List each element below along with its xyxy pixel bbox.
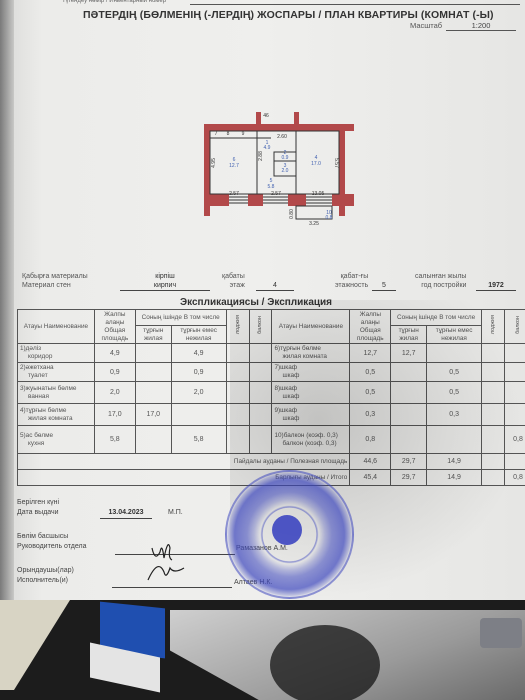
- cell-loggia: [226, 344, 249, 363]
- cell-nonliving: 5,8: [171, 426, 226, 454]
- svg-text:7: 7: [215, 131, 218, 137]
- summary-total: 44,6: [350, 454, 391, 470]
- cell-balcony: [504, 382, 525, 404]
- floors-count-label: қабат-ғыэтажность: [335, 272, 368, 290]
- svg-text:0.9: 0.9: [282, 155, 289, 161]
- table-row: 4)тұрғын бөлмежилая комната17,017,09)шка…: [18, 404, 525, 426]
- explication-table: Атауы Наименование Жалпы алаңы Общая пло…: [17, 309, 525, 486]
- cell-loggia: [482, 426, 505, 454]
- svg-text:5.57: 5.57: [333, 158, 339, 168]
- room-name: 2)әжетханатуалет: [18, 363, 95, 382]
- issue-date-value: 13.04.2023: [100, 508, 152, 519]
- room-name: 6)тұрғын бөлмежилая комната: [272, 344, 350, 363]
- cell-balcony: [249, 363, 272, 382]
- header-nonliving-2: тұрғын емес нежилая: [427, 326, 482, 344]
- cell-living: [135, 363, 171, 382]
- summary-loggia: [482, 454, 505, 470]
- cell-loggia: [482, 404, 505, 426]
- svg-text:2.88: 2.88: [258, 151, 264, 161]
- cell-total: 2,0: [94, 382, 135, 404]
- room-name: 3)жуынатын бөлмеванная: [18, 382, 95, 404]
- cell-nonliving: 2,0: [171, 382, 226, 404]
- cell-living: [135, 426, 171, 454]
- summary-nonliving: 14,9: [427, 454, 482, 470]
- build-year-value: 1972: [476, 281, 516, 291]
- cell-nonliving: 0,9: [171, 363, 226, 382]
- cell-total: 12,7: [350, 344, 391, 363]
- cell-total: 0,5: [350, 363, 391, 382]
- cell-living: [391, 382, 427, 404]
- svg-text:17.0: 17.0: [311, 161, 321, 167]
- cell-balcony: 0,8: [504, 426, 525, 454]
- executor-label: Орындаушы(лар)Исполнитель(и): [17, 566, 74, 586]
- grey-tab: [480, 618, 522, 648]
- floor-plan-drawing: 46 2.60 4.95 2.88 5.57 2.57 2.57 13.05 0…: [196, 108, 356, 233]
- wall-material-value: кірпіш кирпич: [120, 272, 210, 291]
- summary-label: Пайдалы ауданы / Полезная площадь: [18, 454, 350, 470]
- summary-total: 45,4: [350, 470, 391, 486]
- header-balcony: балкон: [249, 310, 272, 344]
- build-year-label: салынған жылыгод постройки: [415, 272, 466, 290]
- wall-material-label: Қабырға материалыМатериал стен: [22, 272, 88, 290]
- cell-total: 0,5: [350, 382, 391, 404]
- inventory-number-label: Түгендеу нөмір / Инвентарный номер: [62, 0, 166, 4]
- svg-text:0.8: 0.8: [326, 215, 333, 221]
- svg-text:2.57: 2.57: [271, 191, 281, 197]
- cell-balcony: [249, 382, 272, 404]
- header-incl-2: Соның ішінде В том числе: [391, 310, 482, 326]
- svg-text:46: 46: [263, 113, 269, 119]
- room-name: 9)шкафшкаф: [272, 404, 350, 426]
- cell-living: [135, 344, 171, 363]
- room-name: 1)дәлізкоридор: [18, 344, 95, 363]
- cell-total: 0,8: [350, 426, 391, 454]
- cell-balcony: [504, 404, 525, 426]
- svg-text:2.0: 2.0: [282, 168, 289, 174]
- floor-label: қабатыэтаж: [222, 272, 245, 290]
- cell-nonliving: 0,5: [427, 363, 482, 382]
- explication-title: Экспликациясы / Экспликация: [180, 297, 332, 308]
- scale-value: 1:200: [446, 21, 516, 31]
- cell-balcony: [249, 426, 272, 454]
- cell-total: 4,9: [94, 344, 135, 363]
- inventory-number-line: [190, 4, 520, 5]
- head-label: Бөлім басшысыРуководитель отдела: [17, 532, 86, 552]
- header-living: тұрғын жилая: [135, 326, 171, 344]
- cell-balcony: [249, 344, 272, 363]
- sheet-edge-shadow: [0, 0, 14, 600]
- cell-loggia: [226, 382, 249, 404]
- svg-text:13.05: 13.05: [312, 191, 325, 197]
- cell-balcony: [504, 344, 525, 363]
- cell-loggia: [226, 363, 249, 382]
- cell-nonliving: 0,5: [427, 382, 482, 404]
- cell-nonliving: [171, 404, 226, 426]
- cell-total: 0,3: [350, 404, 391, 426]
- cell-balcony: [504, 363, 525, 382]
- svg-text:2.57: 2.57: [229, 191, 239, 197]
- cell-loggia: [482, 363, 505, 382]
- issue-date-label: Берілген күніДата выдачи: [17, 498, 59, 518]
- cell-total: 17,0: [94, 404, 135, 426]
- room-name: 4)тұрғын бөлмежилая комната: [18, 404, 95, 426]
- cell-nonliving: 0,3: [427, 404, 482, 426]
- svg-text:5.8: 5.8: [268, 184, 275, 190]
- cell-balcony: [249, 404, 272, 426]
- header-incl: Соның ішінде В том числе: [135, 310, 226, 326]
- cell-loggia: [226, 426, 249, 454]
- svg-text:9: 9: [242, 131, 245, 137]
- summary-row: Пайдалы ауданы / Полезная площадь44,629,…: [18, 454, 525, 470]
- cell-loggia: [226, 404, 249, 426]
- room-name: 5)ас бөлмекухня: [18, 426, 95, 454]
- floors-count-value: 5: [372, 281, 396, 291]
- scale-label: Масштаб: [410, 21, 442, 30]
- summary-nonliving: 14,9: [427, 470, 482, 486]
- svg-text:4.95: 4.95: [211, 158, 217, 168]
- header-name: Атауы Наименование: [18, 310, 95, 344]
- hand-shadow: [270, 625, 380, 700]
- cell-living: 17,0: [135, 404, 171, 426]
- cell-living: [391, 426, 427, 454]
- cell-loggia: [482, 344, 505, 363]
- cell-nonliving: [427, 426, 482, 454]
- cell-living: [391, 363, 427, 382]
- floor-plan: 46 2.60 4.95 2.88 5.57 2.57 2.57 13.05 0…: [196, 108, 356, 233]
- room-name: 10)балкон (коэф. 0,3)балкон (коэф. 0,3): [272, 426, 350, 454]
- cell-living: [391, 404, 427, 426]
- header-balcony-2: балкон: [504, 310, 525, 344]
- table-row: 3)жуынатын бөлмеванная2,02,08)шкафшкаф0,…: [18, 382, 525, 404]
- cell-nonliving: [427, 344, 482, 363]
- svg-text:4.9: 4.9: [264, 145, 271, 151]
- svg-text:2.60: 2.60: [277, 134, 287, 140]
- cell-living: [135, 382, 171, 404]
- document-sheet: Түгендеу нөмір / Инвентарный номер ПӘТЕР…: [0, 0, 525, 600]
- floor-value: 4: [256, 281, 294, 291]
- table-row: 1)дәлізкоридор4,94,96)тұрғын бөлмежилая …: [18, 344, 525, 363]
- room-name: 8)шкафшкаф: [272, 382, 350, 404]
- header-living-2: тұрғын жилая: [391, 326, 427, 344]
- summary-living: 29,7: [391, 470, 427, 486]
- table-row: 5)ас бөлмекухня5,85,810)балкон (коэф. 0,…: [18, 426, 525, 454]
- cell-living: 12,7: [391, 344, 427, 363]
- svg-text:0.80: 0.80: [289, 209, 295, 219]
- svg-text:8: 8: [227, 131, 230, 137]
- seal-place: М.П.: [168, 508, 183, 518]
- svg-text:12.7: 12.7: [229, 163, 239, 169]
- room-name: 7)шкафшкаф: [272, 363, 350, 382]
- cell-total: 5,8: [94, 426, 135, 454]
- document-title: ПӘТЕРДІҢ (БӨЛМЕНІҢ (-ЛЕРДІҢ) ЖОСПАРЫ / П…: [83, 9, 494, 21]
- header-total-2: Жалпы алаңы Общая площадь: [350, 310, 391, 344]
- svg-text:3.25: 3.25: [309, 221, 319, 227]
- summary-living: 29,7: [391, 454, 427, 470]
- header-name-2: Атауы Наименование: [272, 310, 350, 344]
- summary-balcony: 0,8: [504, 470, 525, 486]
- table-row: 2)әжетханатуалет0,90,97)шкафшкаф0,50,5: [18, 363, 525, 382]
- cell-nonliving: 4,9: [171, 344, 226, 363]
- cell-total: 0,9: [94, 363, 135, 382]
- stamp-emblem-icon: [272, 515, 302, 545]
- header-total: Жалпы алаңы Общая площадь: [94, 310, 135, 344]
- signature-scribbles: [140, 530, 200, 590]
- header-loggia: лоджия: [226, 310, 249, 344]
- header-loggia-2: лоджия: [482, 310, 505, 344]
- cell-loggia: [482, 382, 505, 404]
- summary-balcony: [504, 454, 525, 470]
- header-nonliving: тұрғын емес нежилая: [171, 326, 226, 344]
- summary-loggia: [482, 470, 505, 486]
